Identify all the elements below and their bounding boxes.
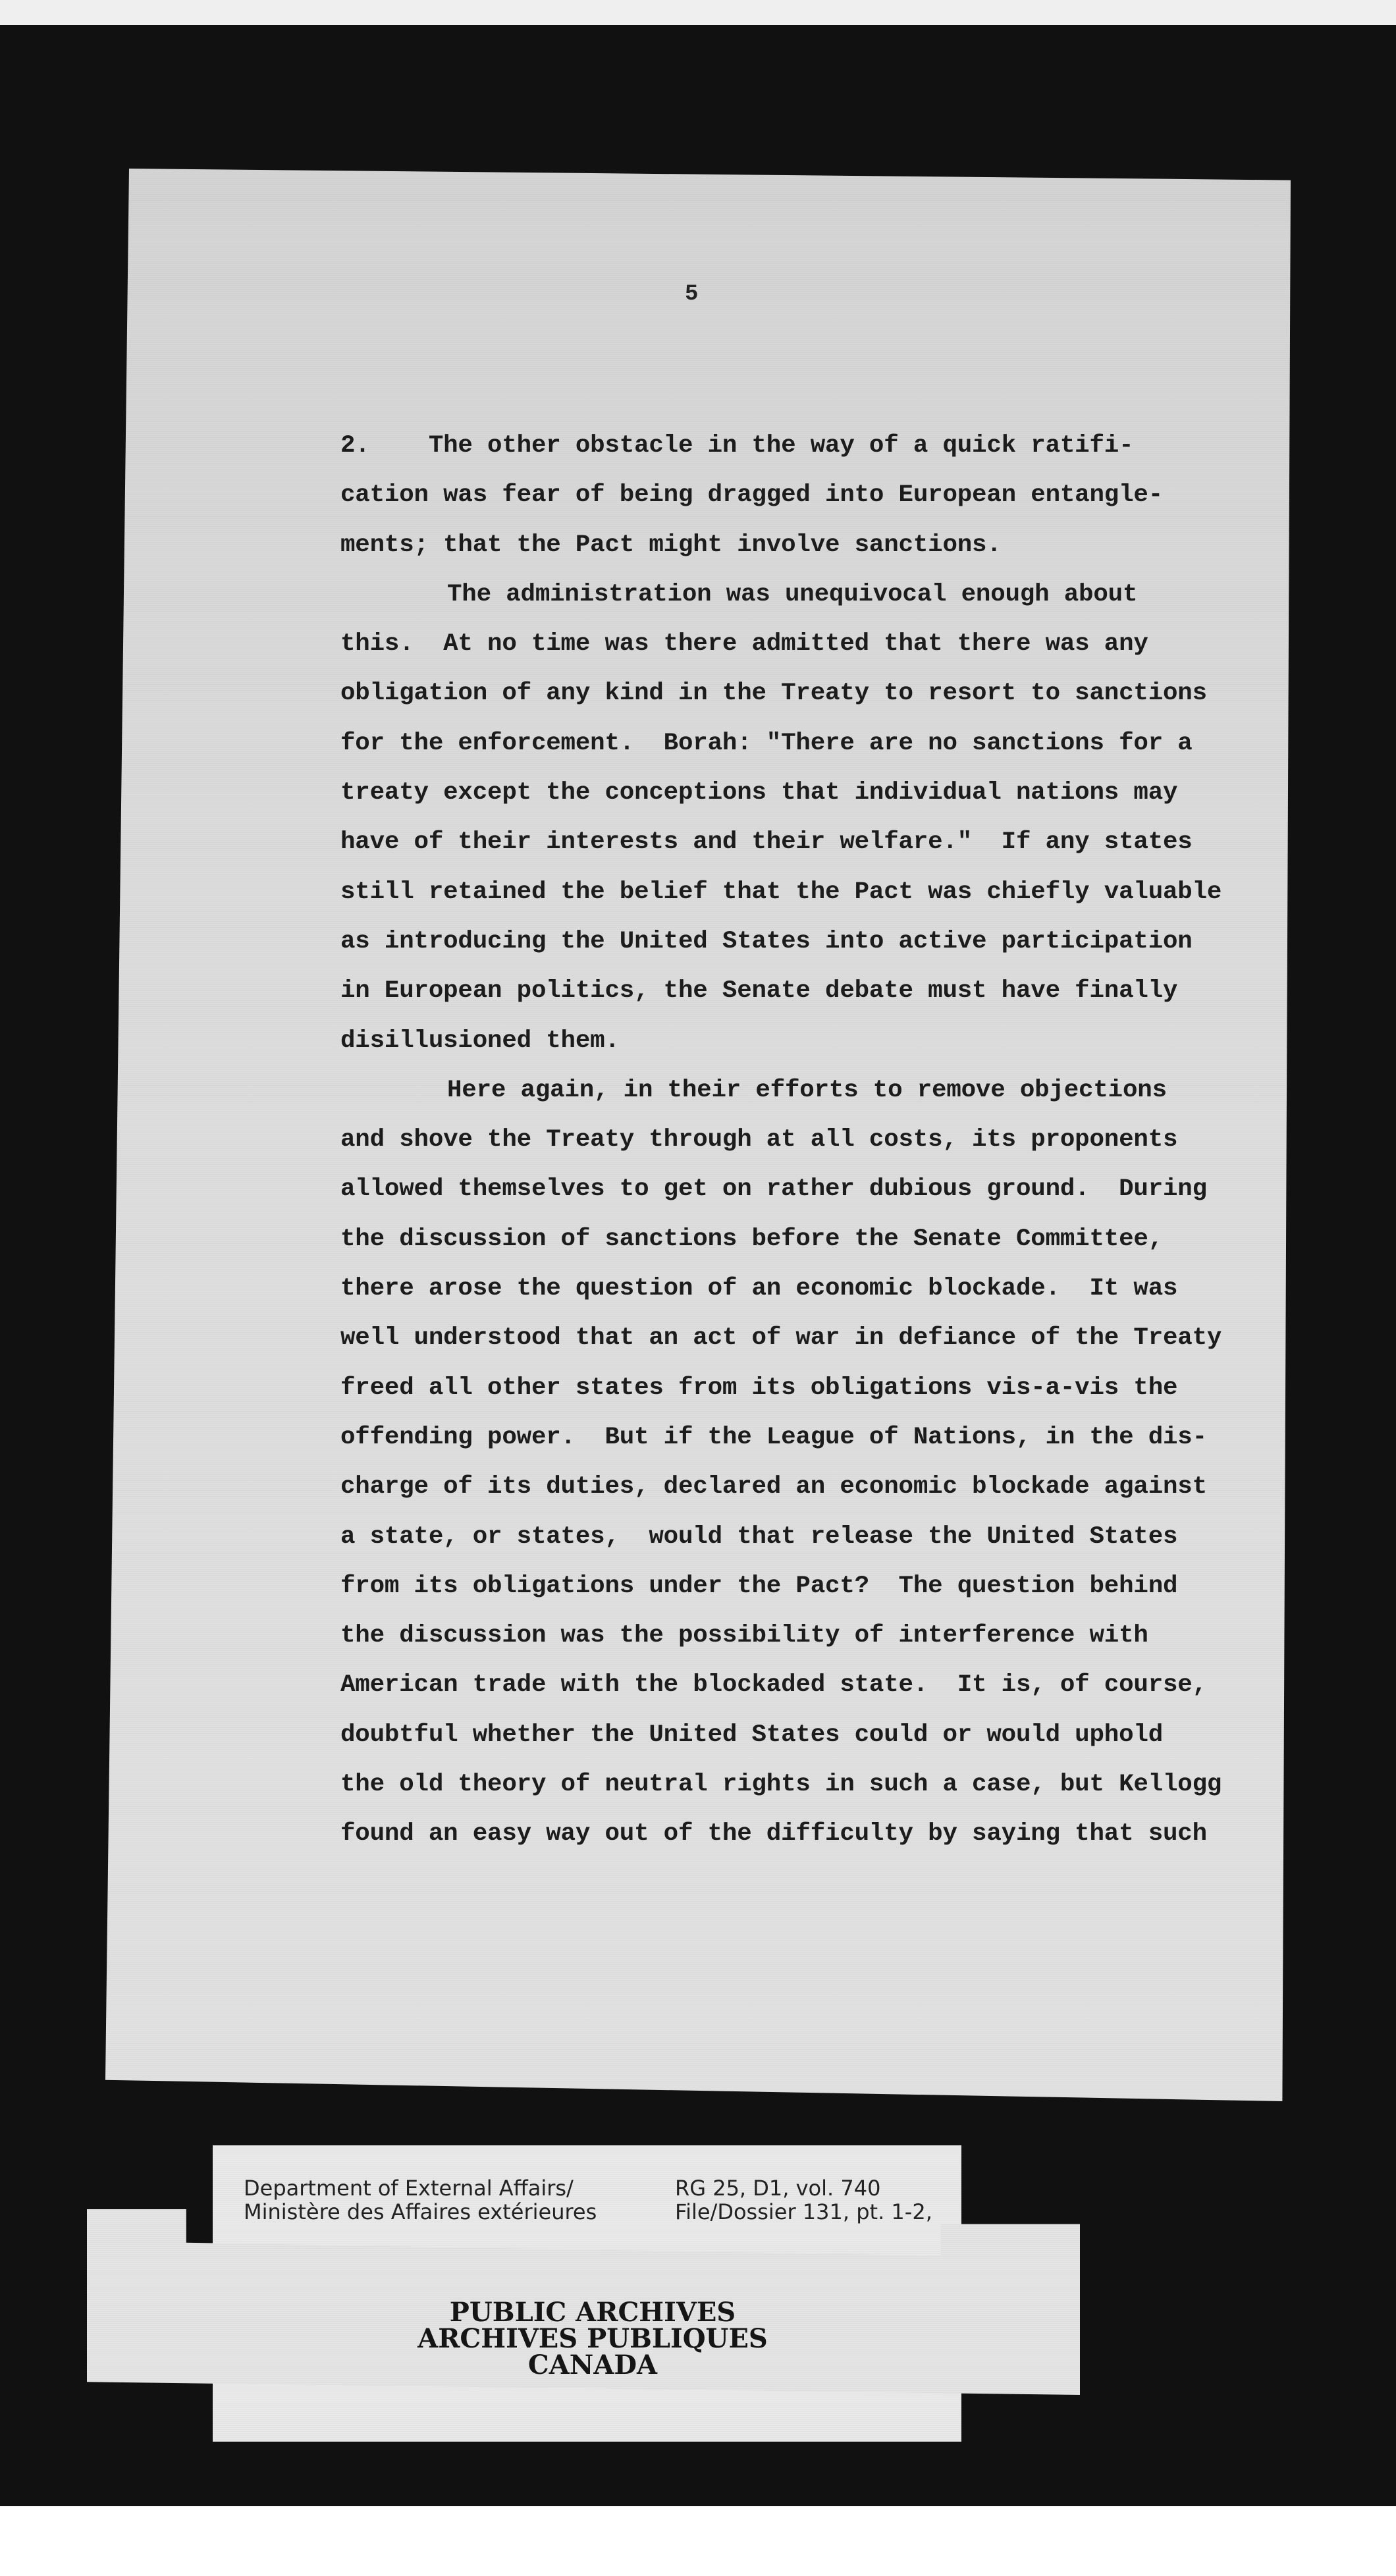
- text-line: a state, or states, would that release t…: [340, 1513, 1289, 1562]
- text-line: the discussion of sanctions before the S…: [340, 1215, 1289, 1264]
- archive-label-department: Department of External Affairs/ Ministèr…: [244, 2176, 597, 2224]
- text-line: for the enforcement. Borah: "There are n…: [340, 719, 1289, 768]
- text-line: as introducing the United States into ac…: [340, 917, 1289, 967]
- stamp-line-english: PUBLIC ARCHIVES: [0, 2299, 1185, 2326]
- text-line: 2. The other obstacle in the way of a qu…: [340, 421, 1289, 471]
- paragraph-start-line: The administration was unequivocal enoug…: [340, 570, 1289, 620]
- text-line: have of their interests and their welfar…: [340, 818, 1289, 867]
- text-line: and shove the Treaty through at all cost…: [340, 1115, 1289, 1165]
- page-number: 5: [685, 282, 698, 307]
- text-line: freed all other states from its obligati…: [340, 1364, 1289, 1413]
- archives-stamp: PUBLIC ARCHIVES ARCHIVES PUBLIQUES CANAD…: [0, 2299, 1185, 2378]
- text-line: obligation of any kind in the Treaty to …: [340, 669, 1289, 718]
- text-line: well understood that an act of war in de…: [340, 1314, 1289, 1363]
- page-body: 2. The other obstacle in the way of a qu…: [340, 421, 1289, 1860]
- paragraph-start-line: Here again, in their efforts to remove o…: [340, 1066, 1289, 1115]
- text-line: cation was fear of being dragged into Eu…: [340, 471, 1289, 520]
- stamp-line-french: ARCHIVES PUBLIQUES: [0, 2326, 1185, 2352]
- text-line: charge of its duties, declared an econom…: [340, 1462, 1289, 1512]
- text-line: doubtful whether the United States could…: [340, 1711, 1289, 1760]
- text-line: this. At no time was there admitted that…: [340, 620, 1289, 669]
- text-line: American trade with the blockaded state.…: [340, 1661, 1289, 1710]
- text-line: from its obligations under the Pact? The…: [340, 1562, 1289, 1611]
- stamp-line-country: CANADA: [0, 2352, 1185, 2378]
- scan-top-margin: [0, 0, 1396, 25]
- text-line: ments; that the Pact might involve sanct…: [340, 521, 1289, 570]
- department-french: Ministère des Affaires extérieures: [244, 2200, 597, 2224]
- text-line: in European politics, the Senate debate …: [340, 967, 1289, 1016]
- text-line: found an easy way out of the difficulty …: [340, 1810, 1289, 1859]
- text-line: treaty except the conceptions that indiv…: [340, 768, 1289, 818]
- department-english: Department of External Affairs/: [244, 2176, 597, 2200]
- text-line: there arose the question of an economic …: [340, 1264, 1289, 1314]
- file-dossier-reference: File/Dossier 131, pt. 1-2,: [675, 2200, 932, 2224]
- record-group-reference: RG 25, D1, vol. 740: [675, 2176, 932, 2200]
- archive-label-reference: RG 25, D1, vol. 740 File/Dossier 131, pt…: [675, 2176, 932, 2224]
- text-line: the discussion was the possibility of in…: [340, 1611, 1289, 1661]
- text-line: allowed themselves to get on rather dubi…: [340, 1165, 1289, 1214]
- text-line: disillusioned them.: [340, 1017, 1289, 1066]
- text-line: the old theory of neutral rights in such…: [340, 1760, 1289, 1810]
- text-line: offending power. But if the League of Na…: [340, 1413, 1289, 1462]
- text-line: still retained the belief that the Pact …: [340, 868, 1289, 917]
